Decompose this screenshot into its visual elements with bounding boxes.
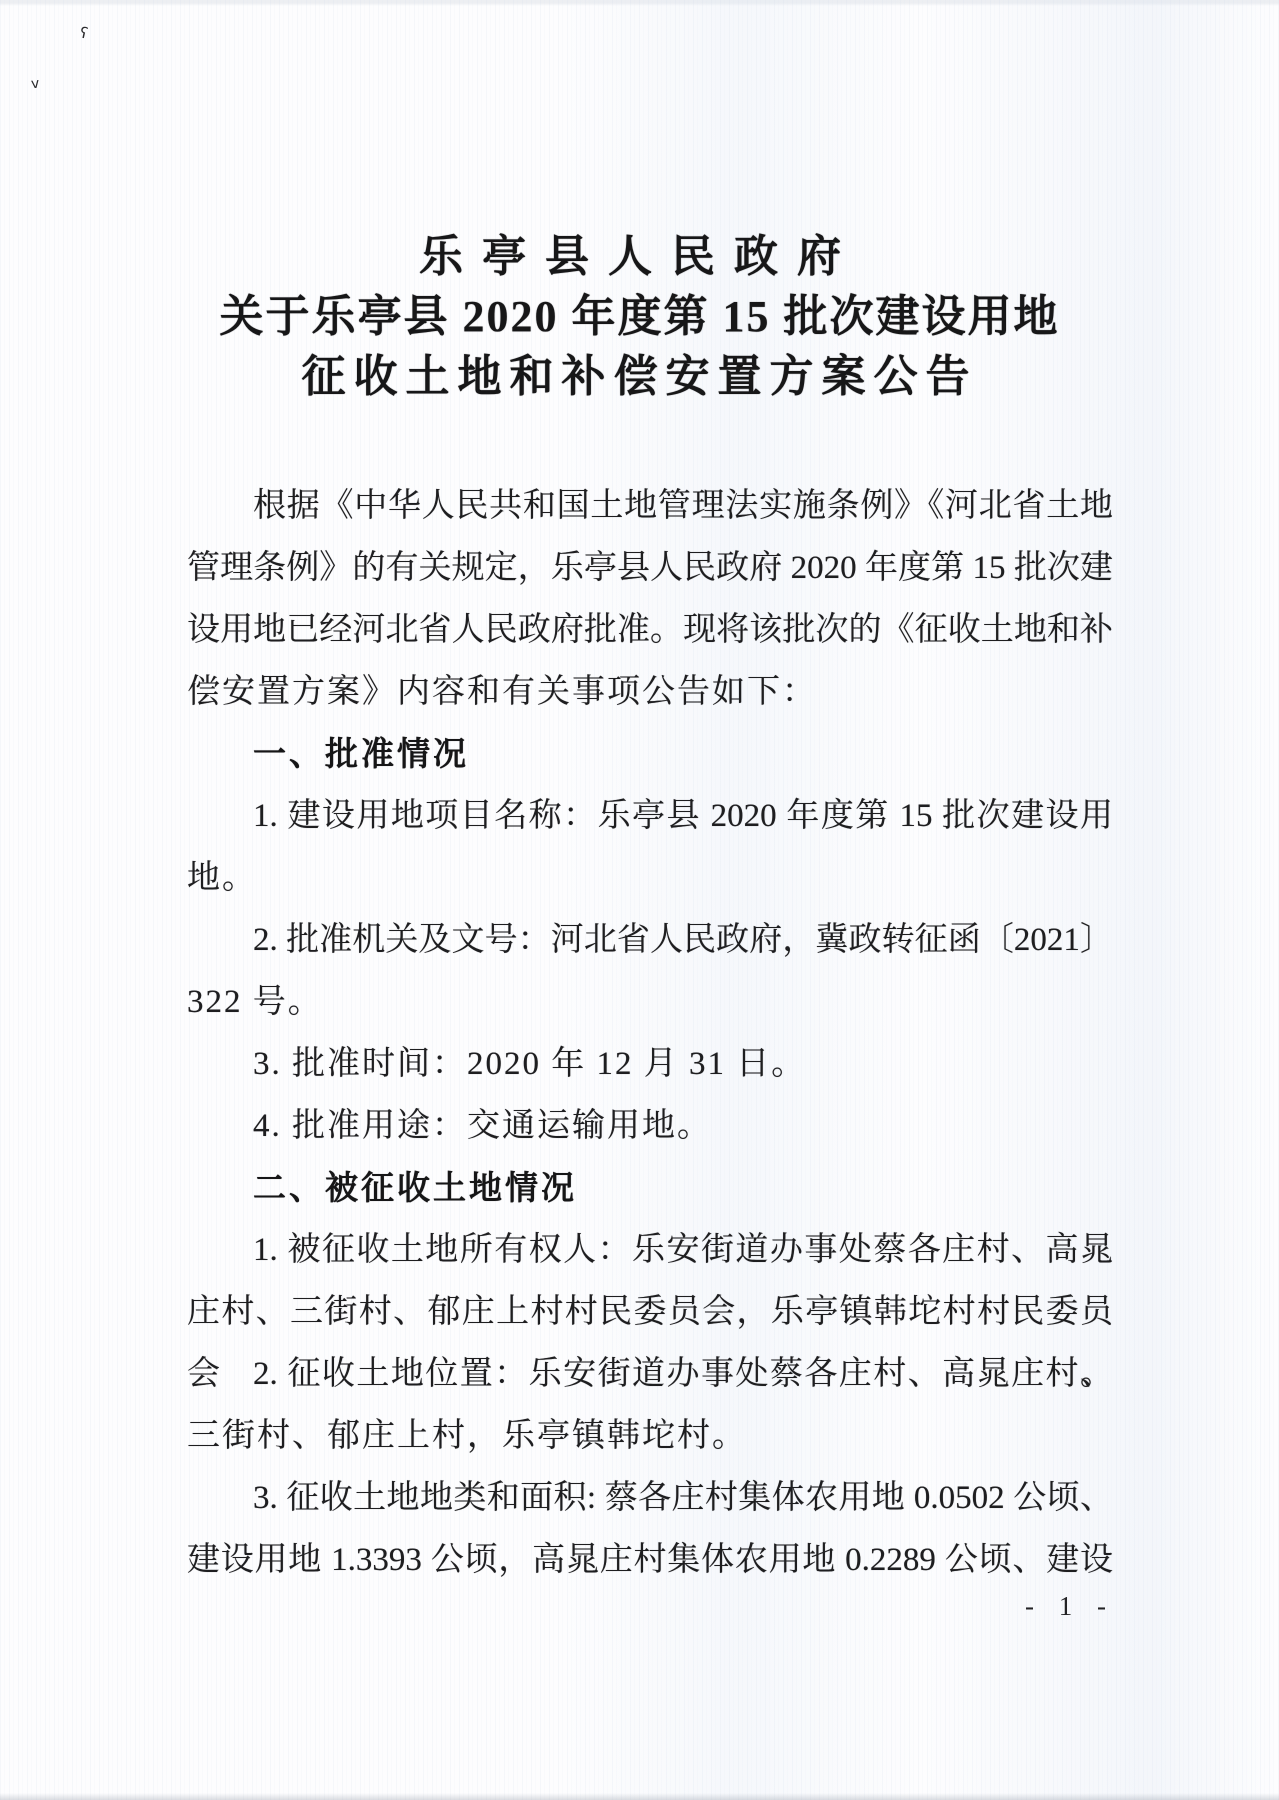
body-line: 设用地已经河北省人民政府批准。现将该批次的《征收土地和补 [187, 599, 1113, 661]
title-line: 征收土地和补偿安置方案公告 [0, 347, 1279, 407]
body-line: 建设用地 1.3393 公顷，高晁庄村集体农用地 0.2289 公顷、建设 [187, 1529, 1113, 1591]
body-line: 3. 征收土地地类和面积: 蔡各庄村集体农用地 0.0502 公顷、 [187, 1467, 1113, 1529]
body-line: 三街村、郁庄上村，乐亭镇韩坨村。 [187, 1405, 1113, 1467]
title-line: 关于乐亭县 2020 年度第 15 批次建设用地 [0, 287, 1279, 347]
body-line: 4. 批准用途：交通运输用地。 [187, 1095, 1113, 1157]
body-line: 地。 [187, 847, 1113, 909]
body-block: 根据《中华人民共和国土地管理法实施条例》《河北省土地管理条例》的有关规定，乐亭县… [187, 475, 1113, 1591]
scanned-document-page: ʕ v 乐亭县人民政府关于乐亭县 2020 年度第 15 批次建设用地征收土地和… [0, 0, 1279, 1800]
ink-speck: ʕ [78, 23, 89, 42]
section-heading: 二、被征收土地情况 [187, 1157, 1113, 1219]
body-line: 管理条例》的有关规定，乐亭县人民政府 2020 年度第 15 批次建 [187, 537, 1113, 599]
body-line: 2. 征收土地位置：乐安街道办事处蔡各庄村、高晁庄村、 [187, 1343, 1113, 1405]
body-line: 根据《中华人民共和国土地管理法实施条例》《河北省土地 [187, 475, 1113, 537]
ink-speck: v [30, 76, 40, 93]
section-heading: 一、批准情况 [187, 723, 1113, 785]
body-line: 偿安置方案》内容和有关事项公告如下： [187, 661, 1113, 723]
body-line: 2. 批准机关及文号：河北省人民政府，冀政转征函〔2021〕 [187, 909, 1113, 971]
body-line: 1. 建设用地项目名称：乐亭县 2020 年度第 15 批次建设用 [187, 785, 1113, 847]
body-line: 3. 批准时间：2020 年 12 月 31 日。 [187, 1033, 1113, 1095]
body-line: 322 号。 [187, 971, 1113, 1033]
body-line: 庄村、三街村、郁庄上村村民委员会，乐亭镇韩坨村村民委员会。 [187, 1281, 1113, 1343]
page-number: - 1 - [1025, 1590, 1115, 1622]
body-line: 1. 被征收土地所有权人：乐安街道办事处蔡各庄村、高晁 [187, 1219, 1113, 1281]
title-line: 乐亭县人民政府 [0, 227, 1279, 287]
title-block: 乐亭县人民政府关于乐亭县 2020 年度第 15 批次建设用地征收土地和补偿安置… [0, 227, 1279, 407]
